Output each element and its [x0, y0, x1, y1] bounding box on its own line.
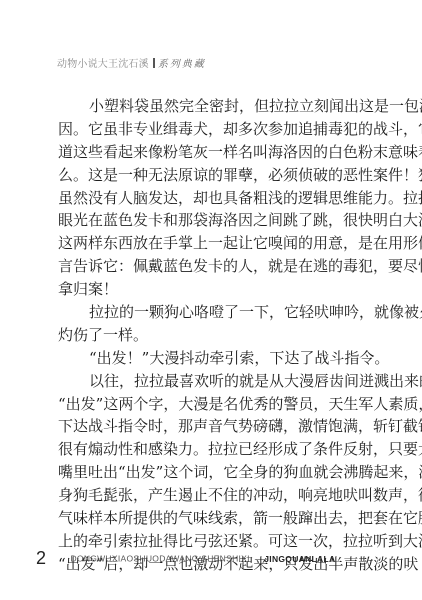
text-line: 么。这是一种无法原谅的罪孽，必须侦破的恶性案件！狗脑: [58, 164, 366, 187]
body-text: 小塑料袋虽然完全密封，但拉拉立刻闻出这是一包海洛因。它虽非专业缉毒犬，却多次参加…: [58, 95, 366, 576]
text-line: 虽然没有人脑发达，却也具备粗浅的逻辑思维能力。拉拉的: [58, 187, 366, 210]
running-footer: 2 DONGWUXIAOSHUODAWANG SHENSHIXI JINGQUA…: [36, 548, 335, 569]
text-line: 眼光在蓝色发卡和那袋海洛因之间跳了跳，很快明白大漫将: [58, 209, 366, 232]
header-divider-bar: [153, 58, 155, 68]
text-line: 道这些看起来像粉笔灰一样名叫海洛因的白色粉末意味着什: [58, 141, 366, 164]
series-label: 系列典藏: [158, 59, 206, 70]
text-line: 身狗毛髭张，产生遏止不住的冲动，响亮地吠叫数声，循着: [58, 484, 366, 507]
text-line: 灼伤了一样。: [58, 324, 366, 347]
text-line: 下达战斗指令时，那声音气势磅礴，激情饱满，斩钉截铁，: [58, 415, 366, 438]
text-line: “出发！”大漫抖动牵引索，下达了战斗指令。: [58, 347, 366, 370]
text-line: 嘴里吐出“出发”这个词，它全身的狗血就会沸腾起来，浑: [58, 461, 366, 484]
text-line: 很有煽动性和感染力。拉拉已经形成了条件反射，只要大漫: [58, 438, 366, 461]
text-line: 言告诉它：佩戴蓝色发卡的人，就是在逃的毒犯，要尽快缉: [58, 255, 366, 278]
text-line: 气味样本所提供的气味线索，箭一般蹿出去，把套在它脖子: [58, 507, 366, 530]
text-line: 因。它虽非专业缉毒犬，却多次参加追捕毒犯的战斗，它知: [58, 118, 366, 141]
text-line: 小塑料袋虽然完全密封，但拉拉立刻闻出这是一包海洛: [58, 95, 366, 118]
running-header: 动物小说大王沈石溪系列典藏: [57, 55, 206, 70]
page-number: 2: [36, 548, 46, 568]
text-line: 拿归案！: [58, 278, 366, 301]
text-line: “出发”这两个字，大漫是名优秀的警员，天生军人素质，: [58, 393, 366, 416]
text-line: 以往，拉拉最喜欢听的就是从大漫唇齿间迸溅出来的: [58, 370, 366, 393]
text-line: 拉拉的一颗狗心咯噔了一下，它轻吠呻吟，就像被火焰: [58, 301, 366, 324]
series-pinyin: DONGWUXIAOSHUODAWANG SHENSHIXI: [70, 554, 249, 564]
book-series-title: 动物小说大王沈石溪: [57, 59, 149, 70]
text-line: 这两样东西放在手掌上一起让它嗅闻的用意，是在用形体语: [58, 232, 366, 255]
title-pinyin: JINGQUANLALA: [264, 554, 335, 564]
